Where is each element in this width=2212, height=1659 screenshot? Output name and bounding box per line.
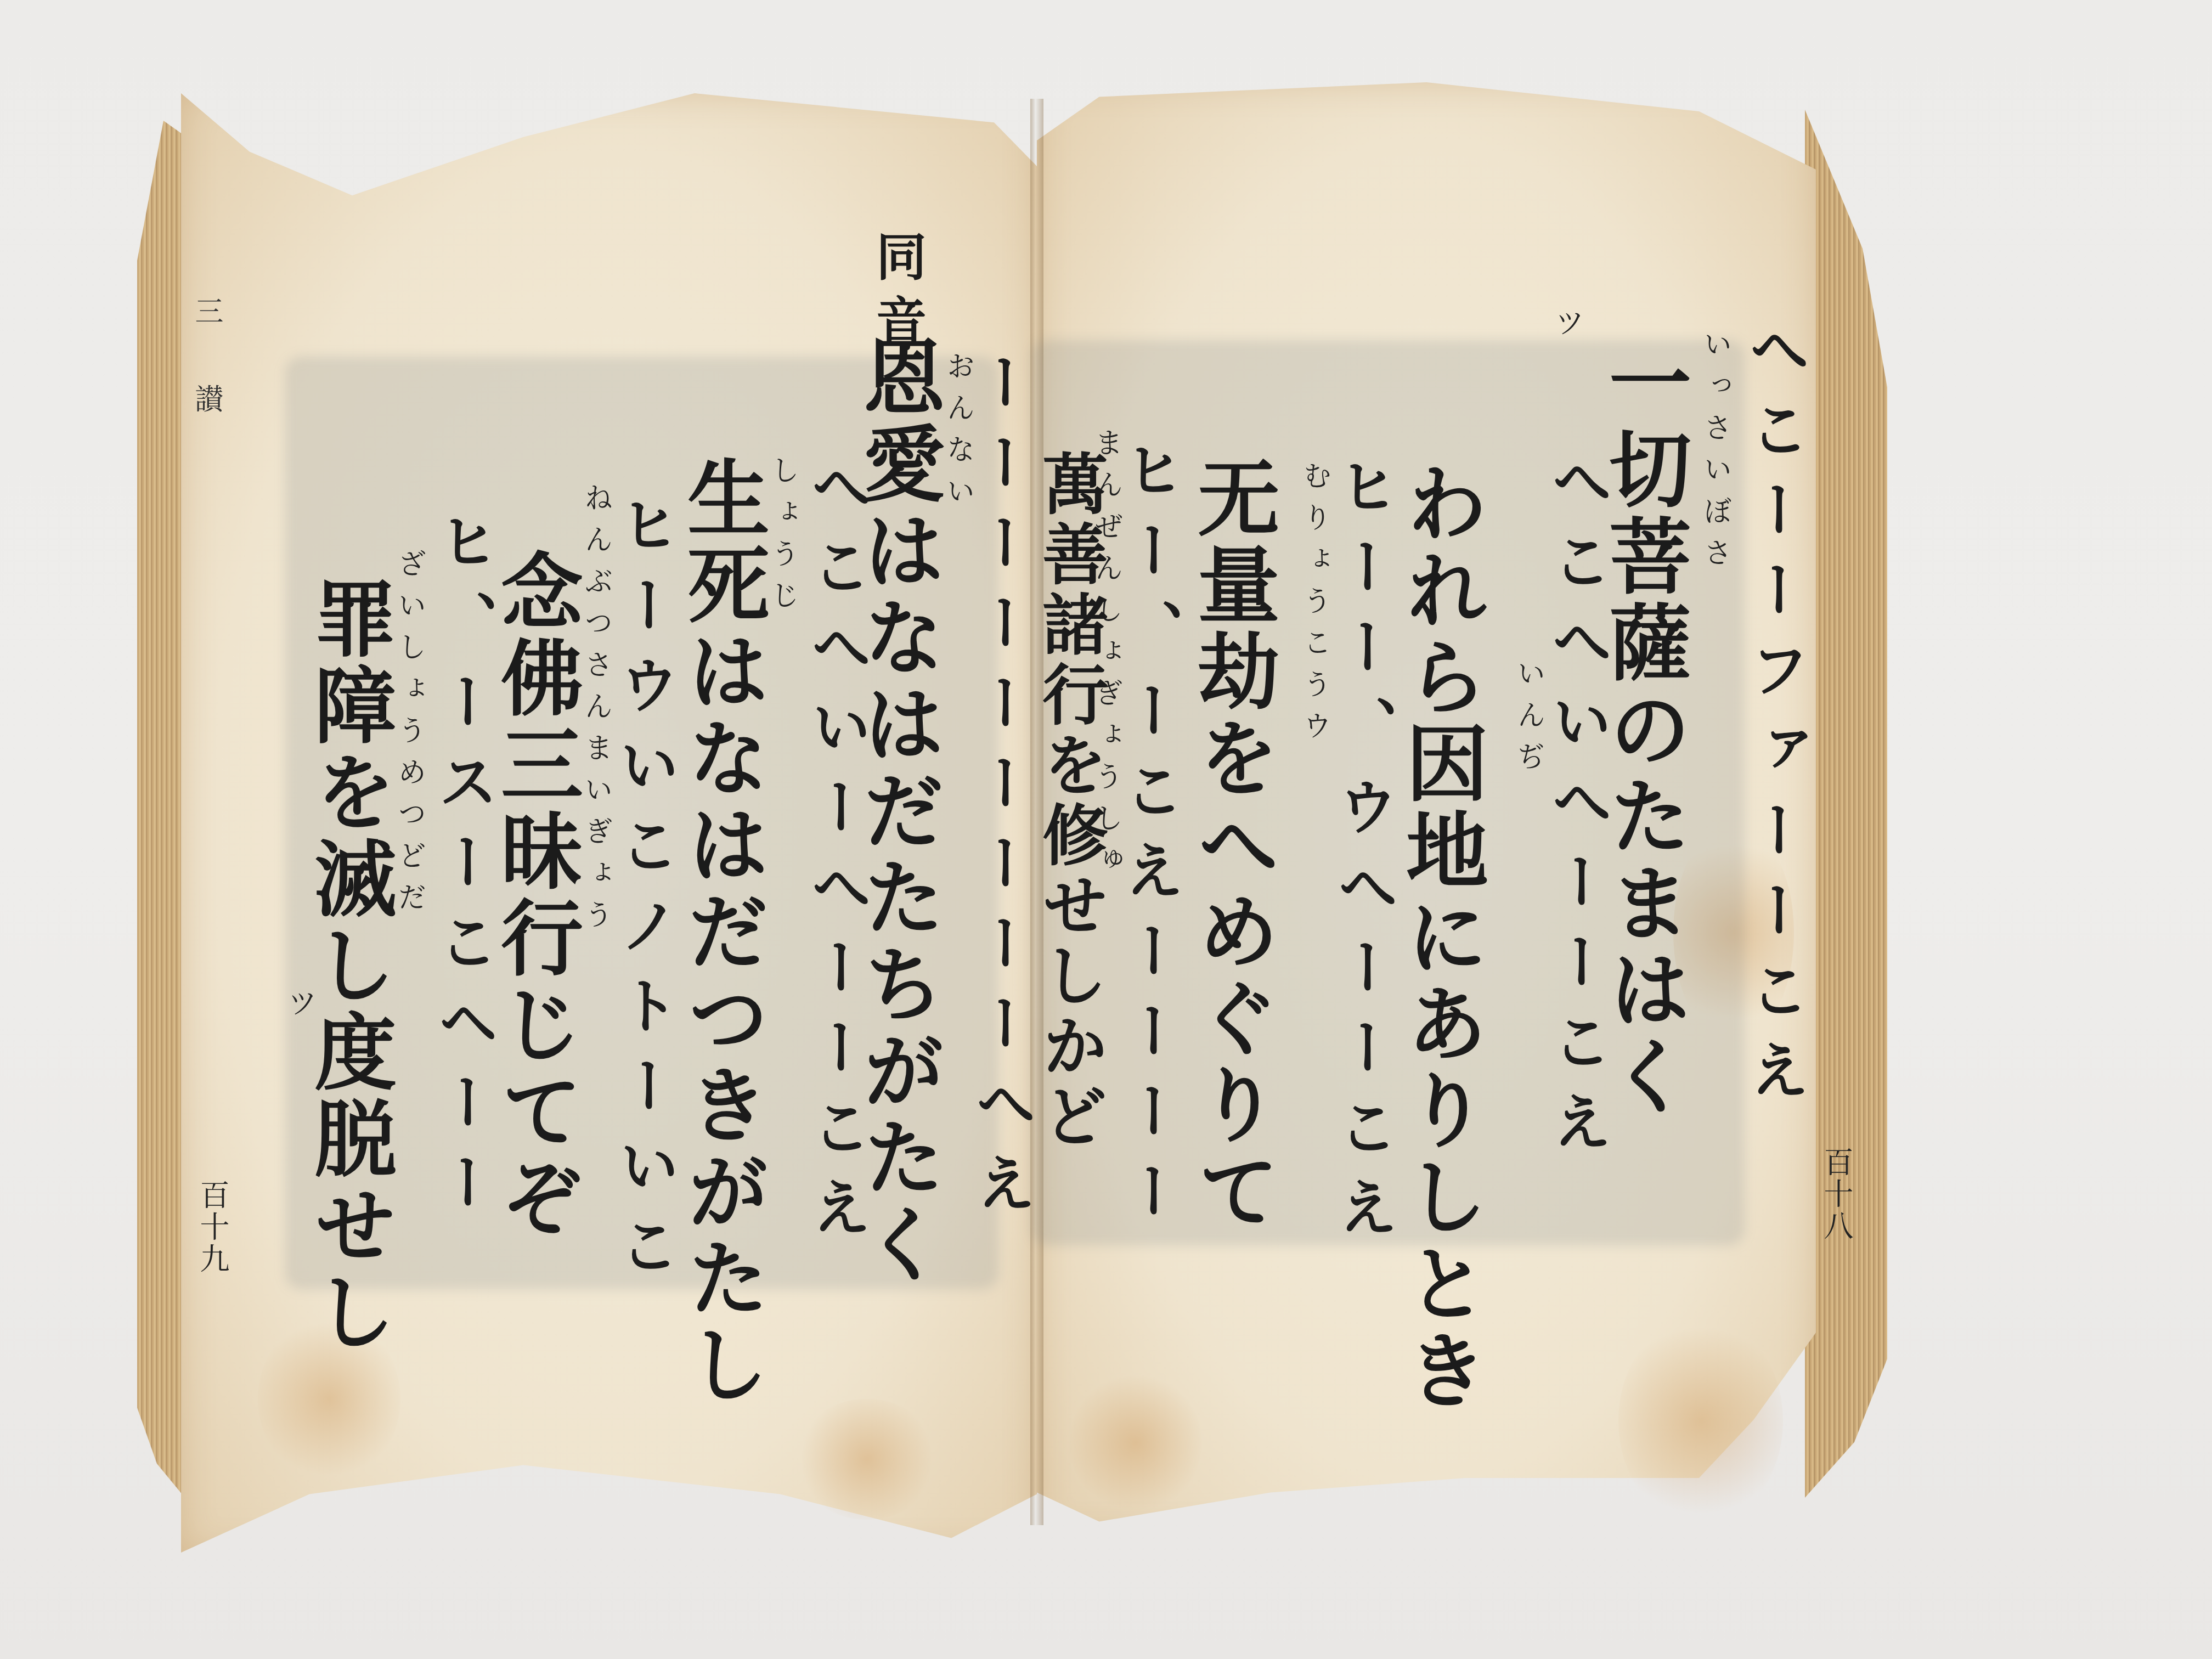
furigana: いっさいぼさ (1701, 329, 1729, 579)
furigana: しょうじ (768, 455, 797, 622)
page-number: 百十九 (198, 1180, 227, 1275)
page-number: 百十八 (1821, 1147, 1851, 1242)
right-page-block-edge (1805, 110, 1887, 1498)
verse-line: 念佛三昧行じてぞ (494, 549, 576, 1242)
verse-line: 罪障を滅し度脱せし (307, 576, 390, 1356)
verse-line: 生死はなはだつきがたし (680, 455, 763, 1409)
verse-line: 无量劫をへめぐりて (1190, 455, 1273, 1235)
chant-marks: へこーーファーーこえ (1745, 318, 1805, 1119)
verse-line: 一切菩薩のたまはく (1602, 340, 1684, 1120)
chant-marks: ヒーウいこノトーいこ (614, 494, 675, 1295)
chant-marks: ヒ、ースーこヘーー (433, 510, 494, 1231)
foxing-stain (1070, 1372, 1201, 1514)
open-book-photo: 三 讃 同音 ーーーーーーーーーへえ おんない 恩愛はなはだたちがたく へこへい… (0, 0, 2212, 1659)
margin-fragment: 讃 (192, 384, 221, 417)
chant-marks: へこへいーへーーこえ (806, 455, 867, 1256)
furigana: いんぢ (1514, 658, 1543, 783)
chant-mark: ツ (285, 988, 315, 1022)
furigana: ねんぶつさんまいぎょう (582, 483, 610, 941)
furigana: ざいしょうめつどだ (395, 549, 424, 924)
margin-fragment: 三 (192, 296, 221, 329)
foxing-stain (1618, 1317, 1783, 1525)
verse-line: 萬善諸行を修せしかど (1037, 450, 1103, 1152)
chant-marks: ヒー、ーこえーーーー (1119, 439, 1180, 1240)
chant-mark: ツ (1553, 307, 1582, 341)
chant-marks: ヒーー、ウへーーこえ (1333, 455, 1393, 1256)
chant-marks: ーーーーーーーーーへえ (971, 351, 1031, 1232)
verse-line: われら因地にありしとき (1399, 461, 1481, 1414)
furigana: むりょうこうウ (1300, 461, 1329, 753)
furigana: おんない (944, 351, 972, 518)
chant-marks: へこへいへーーこえ (1547, 450, 1607, 1171)
foxing-stain (795, 1399, 938, 1520)
